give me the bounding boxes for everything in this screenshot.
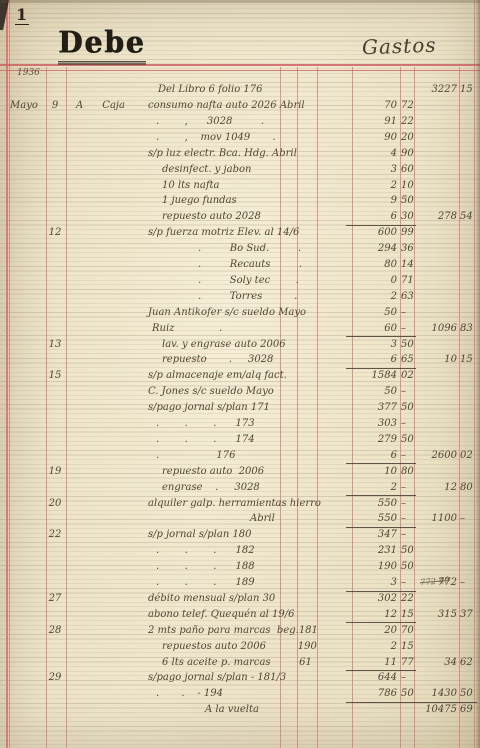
amount-cents-cell: 15	[401, 641, 414, 652]
day-cell: 19	[46, 466, 64, 477]
subtotal-pesos-cell: 278	[413, 211, 457, 222]
subtotal-pesos-cell: 2600	[413, 450, 457, 461]
amount-cents-cell: 50	[401, 402, 414, 413]
description-cell: lav. y engrase auto 2006	[162, 339, 286, 350]
description-cell: abono telef. Quequén al 19/6	[148, 609, 295, 620]
ledger-row: repuestos auto 2006 190 2 15	[0, 641, 480, 657]
amount-pesos-cell: 347	[350, 529, 397, 540]
ledger-row: . . . 173 303 –	[0, 418, 480, 434]
subtotal-cents-cell: 62	[460, 657, 476, 668]
ledger-row: . Soly tec . 0 71	[0, 275, 480, 291]
amount-cents-cell: 36	[401, 243, 414, 254]
amount-cents-cell: 14	[401, 259, 414, 270]
subtotal-cents-cell: –	[460, 513, 476, 524]
description-cell: . , 3028 .	[156, 116, 264, 127]
ledger-row: . Torres . 2 63	[0, 291, 480, 307]
subtotal-cents-cell: 15	[460, 354, 476, 365]
ledger-row: . . . 174 279 50	[0, 434, 480, 450]
amount-pesos-cell: 302	[350, 593, 397, 604]
ledger-row: Mayo 9 A Caja consumo nafta auto 2026 Ab…	[0, 100, 480, 116]
amount-cents-cell: 02	[401, 370, 414, 381]
amount-pesos-cell: 6	[350, 211, 397, 222]
day-cell: 29	[46, 672, 64, 683]
description-cell: s/p jornal s/plan 180	[148, 529, 252, 540]
amount-pesos-cell: 3	[350, 164, 397, 175]
description-cell: . Bo Sud. .	[198, 243, 301, 254]
subtotal-pesos-cell: 34	[413, 657, 457, 668]
ledger-row: . . . 182 231 50	[0, 545, 480, 561]
ledger-row: . . . 189 3 – 772 – 772 49	[0, 577, 480, 593]
amount-pesos-cell: 2	[350, 180, 397, 191]
ledger-row: . . - 194 786 50 1430 50	[0, 688, 480, 704]
description-cell: . . - 194	[156, 688, 223, 699]
amount-cents-cell: 70	[401, 625, 414, 636]
subtotal-cents-cell: 69	[460, 704, 476, 715]
amount-pesos-cell: 644	[350, 672, 397, 683]
amount-cents-cell: 72	[401, 100, 414, 111]
amount-pesos-cell: 190	[350, 561, 397, 572]
amount-pesos-cell: 2	[350, 641, 397, 652]
description-cell: s/pago jornal s/plan 171	[148, 402, 270, 413]
description-cell: . . . 182	[156, 545, 255, 556]
subtotal-pesos-cell: 3227	[413, 84, 457, 95]
subtotal-cents-cell: 83	[460, 323, 476, 334]
description-cell: repuesto . 3028	[162, 354, 273, 365]
account-cell: A Caja	[76, 100, 148, 111]
amount-pesos-cell: 90	[350, 132, 397, 143]
amount-pesos-cell: 6	[350, 354, 397, 365]
subtotal-cents-cell: 15	[460, 84, 476, 95]
subtotal-pesos-cell: 315	[413, 609, 457, 620]
amount-cents-cell: 99	[401, 227, 414, 238]
subtotal-cents-cell: 54	[460, 211, 476, 222]
amount-pesos-cell: 9	[350, 195, 397, 206]
description-cell: s/pago jornal s/plan - 181/3	[148, 672, 286, 683]
amount-pesos-cell: 12	[350, 609, 397, 620]
amount-cents-cell: –	[401, 672, 414, 683]
subtotal-cents-cell: 80	[460, 482, 476, 493]
day-cell: 27	[46, 593, 64, 604]
amount-cents-cell: 22	[401, 593, 414, 604]
ledger-row: 15 s/p almacenaje em/alq fact. 1584 02	[0, 370, 480, 386]
day-cell: 20	[46, 498, 64, 509]
ledger-row: 6 lts aceite p. marcas 61 11 77 34 62	[0, 657, 480, 673]
description-cell: débito mensual s/plan 30	[148, 593, 275, 604]
subtotal-cents-cell: 02	[460, 450, 476, 461]
amount-cents-cell: 63	[401, 291, 414, 302]
ledger-row: 29 s/pago jornal s/plan - 181/3 644 –	[0, 672, 480, 688]
day-cell: 13	[46, 339, 64, 350]
description-cell: . , mov 1049 .	[156, 132, 276, 143]
description-cell: s/p luz electr. Bca. Hdg. Abril	[148, 148, 297, 159]
ledger-row: A la vuelta 10475 69	[0, 704, 480, 720]
ledger-row: abono telef. Quequén al 19/6 12 15 315 3…	[0, 609, 480, 625]
ledger-row: C. Jones s/c sueldo Mayo 50 –	[0, 386, 480, 402]
subtotal-pesos-cell: 1096	[413, 323, 457, 334]
amount-cents-cell: –	[401, 529, 414, 540]
description-cell: . . . 189	[156, 577, 255, 588]
amount-pesos-cell: 80	[350, 259, 397, 270]
subtotal-pesos-cell: 10	[413, 354, 457, 365]
description-cell: consumo nafta auto 2026 Abril	[148, 100, 305, 111]
amount-pesos-cell: 70	[350, 100, 397, 111]
amount-cents-cell: 80	[401, 466, 414, 477]
amount-pesos-cell: 11	[350, 657, 397, 668]
description-cell: repuestos auto 2006 190	[162, 641, 317, 652]
amount-pesos-cell: 550	[350, 498, 397, 509]
ledger-row: repuesto auto 2028 6 30 278 54	[0, 211, 480, 227]
description-cell: . . . 174	[156, 434, 255, 445]
amount-cents-cell: 50	[401, 561, 414, 572]
subtotal-pesos-cell: 12	[413, 482, 457, 493]
ledger-row: repuesto . 3028 6 65 10 15	[0, 354, 480, 370]
amount-cents-cell: 50	[401, 434, 414, 445]
ledger-row: Ruiz . 60 – 1096 83	[0, 323, 480, 339]
subtotal-cents-cell: –	[460, 577, 476, 588]
ledger-row: . . . 188 190 50	[0, 561, 480, 577]
amount-pesos-cell: 600	[350, 227, 397, 238]
description-cell: . . . 173	[156, 418, 255, 429]
description-cell: . Recauts .	[198, 259, 302, 270]
ledger-row: 20 alquiler galp. herramientas hierro 55…	[0, 498, 480, 514]
description-cell: 1 juego fundas	[162, 195, 237, 206]
amount-pesos-cell: 303	[350, 418, 397, 429]
amount-pesos-cell: 50	[350, 307, 397, 318]
amount-pesos-cell: 91	[350, 116, 397, 127]
ledger-row: . 176 6 – 2600 02	[0, 450, 480, 466]
description-cell: Ruiz .	[152, 323, 222, 334]
day-cell: 28	[46, 625, 64, 636]
ledger-row: . , 3028 . 91 22	[0, 116, 480, 132]
ledger-page: 1 Debe Gastos 1936 Del Libro 6 folio 176…	[0, 0, 480, 748]
ledger-row: 22 s/p jornal s/plan 180 347 –	[0, 529, 480, 545]
subtotal-cents-cell: 50	[460, 688, 476, 699]
amount-pesos-cell: 279	[350, 434, 397, 445]
description-cell: C. Jones s/c sueldo Mayo	[148, 386, 274, 397]
amount-pesos-cell: 0	[350, 275, 397, 286]
amount-cents-cell: 50	[401, 195, 414, 206]
amount-pesos-cell: 1584	[350, 370, 397, 381]
ledger-row: 28 2 mts paño para marcas beg.181 20 70	[0, 625, 480, 641]
ledger-row: s/pago jornal s/plan 171 377 50	[0, 402, 480, 418]
description-cell: s/p almacenaje em/alq fact.	[148, 370, 287, 381]
ledger-row: . Recauts . 80 14	[0, 259, 480, 275]
description-cell: repuesto auto 2028	[162, 211, 261, 222]
amount-pesos-cell: 2	[350, 291, 397, 302]
description-cell: s/p fuerza motriz Elev. al 14/6	[148, 227, 299, 238]
description-cell: alquiler galp. herramientas hierro	[148, 498, 321, 509]
amount-cents-cell: –	[401, 498, 414, 509]
amount-pesos-cell: 50	[350, 386, 397, 397]
ledger-row: 27 débito mensual s/plan 30 302 22	[0, 593, 480, 609]
description-cell: Abril	[250, 513, 275, 524]
amount-cents-cell: 22	[401, 116, 414, 127]
description-cell: . . . 188	[156, 561, 255, 572]
description-cell: Juan Antikofer s/c sueldo Mayo	[148, 307, 306, 318]
amount-cents-cell: –	[401, 418, 414, 429]
amount-pesos-cell: 3	[350, 577, 397, 588]
amount-pesos-cell: 3	[350, 339, 397, 350]
amount-cents-cell: 50	[401, 545, 414, 556]
amount-pesos-cell: 6	[350, 450, 397, 461]
description-cell: repuesto auto 2006	[162, 466, 264, 477]
ledger-row: 10 lts nafta 2 10	[0, 180, 480, 196]
amount-pesos-cell: 231	[350, 545, 397, 556]
subtotal-cents-cell: 37	[460, 609, 476, 620]
description-cell: Del Libro 6 folio 176	[158, 84, 262, 95]
description-cell: 10 lts nafta	[162, 180, 220, 191]
amount-cents-cell: –	[401, 386, 414, 397]
subtotal-pesos-cell: 1100	[413, 513, 457, 524]
amount-cents-cell: –	[401, 307, 414, 318]
description-cell: A la vuelta	[205, 704, 259, 715]
amount-cents-cell: 20	[401, 132, 414, 143]
amount-pesos-cell: 4	[350, 148, 397, 159]
description-cell: 2 mts paño para marcas beg.181	[148, 625, 318, 636]
day-cell: 12	[46, 227, 64, 238]
amount-pesos-cell: 10	[350, 466, 397, 477]
description-cell: . Torres .	[198, 291, 297, 302]
amount-pesos-cell: 2	[350, 482, 397, 493]
ledger-row: 12 s/p fuerza motriz Elev. al 14/6 600 9…	[0, 227, 480, 243]
ledger-row: Abril 550 – 1100 –	[0, 513, 480, 529]
subtotal-pesos-cell: 10475	[413, 704, 457, 715]
ledger-row: . Bo Sud. . 294 36	[0, 243, 480, 259]
ledger-row: 19 repuesto auto 2006 10 80	[0, 466, 480, 482]
description-cell: desinfect. y jabon	[162, 164, 251, 175]
amount-pesos-cell: 786	[350, 688, 397, 699]
day-cell: 22	[46, 529, 64, 540]
amount-pesos-cell: 20	[350, 625, 397, 636]
description-cell: . Soly tec .	[198, 275, 299, 286]
subtotal-pesos-cell: 1430	[413, 688, 457, 699]
ledger-row: Juan Antikofer s/c sueldo Mayo 50 –	[0, 307, 480, 323]
month-cell: Mayo	[10, 100, 46, 111]
amount-cents-cell: 90	[401, 148, 414, 159]
amount-pesos-cell: 294	[350, 243, 397, 254]
amount-cents-cell: 60	[401, 164, 414, 175]
ledger-row: engrase . 3028 2 – 12 80	[0, 482, 480, 498]
ledger-row: desinfect. y jabon 3 60	[0, 164, 480, 180]
ledger-rows: Del Libro 6 folio 176 3227 15 Mayo 9 A C…	[0, 0, 480, 748]
amount-pesos-cell: 60	[350, 323, 397, 334]
ledger-row: s/p luz electr. Bca. Hdg. Abril 4 90	[0, 148, 480, 164]
day-cell: 15	[46, 370, 64, 381]
ledger-row: . , mov 1049 . 90 20	[0, 132, 480, 148]
description-cell: . 176	[156, 450, 235, 461]
amount-pesos-cell: 377	[350, 402, 397, 413]
day-cell: 9	[46, 100, 64, 111]
ledger-row: 13 lav. y engrase auto 2006 3 50	[0, 339, 480, 355]
amount-cents-cell: 10	[401, 180, 414, 191]
ledger-row: Del Libro 6 folio 176 3227 15	[0, 84, 480, 100]
ledger-row: 1 juego fundas 9 50	[0, 195, 480, 211]
description-cell: 6 lts aceite p. marcas 61	[162, 657, 312, 668]
amount-cents-cell: 71	[401, 275, 414, 286]
amount-pesos-cell: 550	[350, 513, 397, 524]
amount-cents-cell: 50	[401, 339, 414, 350]
description-cell: engrase . 3028	[162, 482, 260, 493]
